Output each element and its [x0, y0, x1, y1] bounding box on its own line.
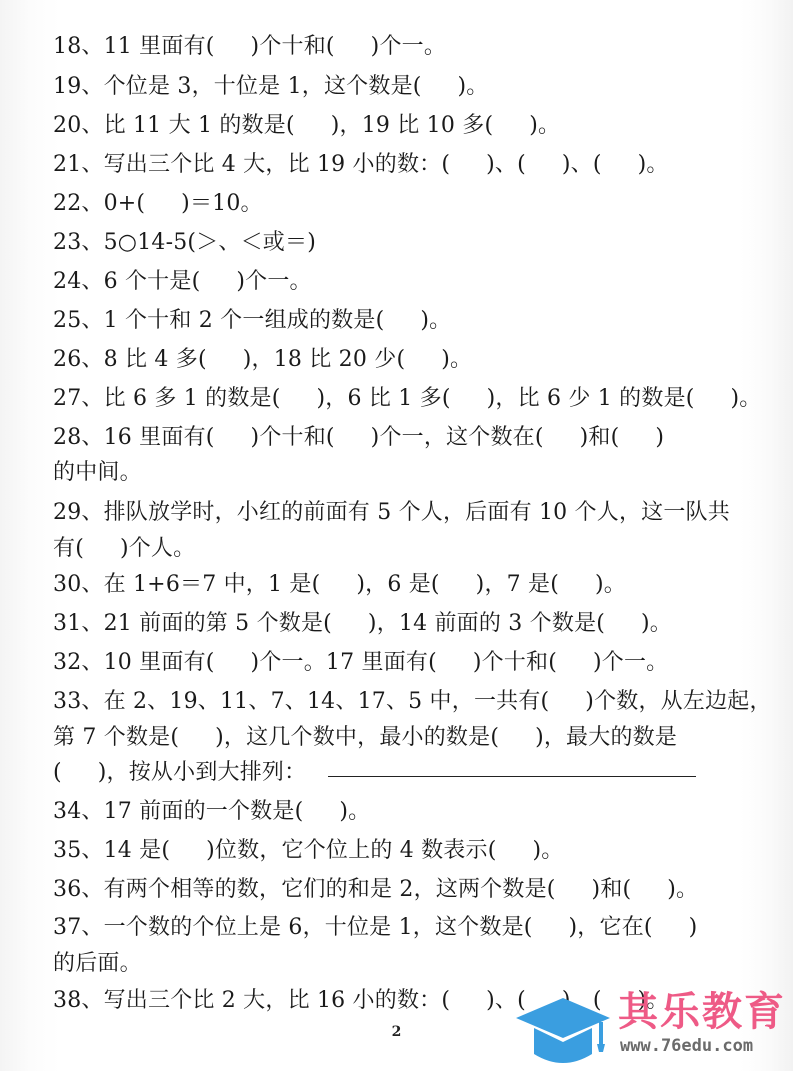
question-18: 18、11 里面有( )个十和( )个一。 [53, 32, 753, 62]
answer-blank-line [328, 776, 696, 777]
watermark-title: 其乐教育 [618, 988, 786, 1036]
question-29-cont: 有( )个人。 [53, 534, 753, 564]
question-25: 25、1 个十和 2 个一组成的数是( )。 [53, 306, 753, 336]
question-33-cont-2: ( )，按从小到大排列： [53, 758, 753, 788]
question-23: 23、5○14-5(＞、＜或＝) [53, 228, 753, 258]
question-32: 32、10 里面有( )个一。17 里面有( )个十和( )个一。 [53, 648, 753, 678]
question-19: 19、个位是 3，十位是 1，这个数是( )。 [53, 72, 753, 102]
watermark-logo: 其乐教育 www.76edu.com [508, 988, 793, 1068]
question-37: 37、一个数的个位上是 6，十位是 1，这个数是( )，它在( ) [53, 913, 753, 943]
question-31: 31、21 前面的第 5 个数是( )，14 前面的 3 个数是( )。 [53, 609, 753, 639]
question-37-cont: 的后面。 [53, 949, 753, 979]
question-27: 27、比 6 多 1 的数是( )，6 比 1 多( )，比 6 少 1 的数是… [53, 384, 753, 414]
question-29: 29、排队放学时，小红的前面有 5 个人，后面有 10 个人，这一队共 [53, 498, 753, 528]
question-34: 34、17 前面的一个数是( )。 [53, 797, 753, 827]
question-20: 20、比 11 大 1 的数是( )，19 比 10 多( )。 [53, 111, 753, 141]
question-21: 21、写出三个比 4 大，比 19 小的数：( )、( )、( )。 [53, 150, 753, 180]
question-33-cont-1: 第 7 个数是( )，这几个数中，最小的数是( )，最大的数是 [53, 723, 753, 753]
graduation-cap-icon [508, 988, 618, 1068]
question-36: 36、有两个相等的数，它们的和是 2，这两个数是( )和( )。 [53, 875, 753, 905]
worksheet-page: 18、11 里面有( )个十和( )个一。 19、个位是 3，十位是 1，这个数… [0, 0, 793, 1071]
question-24: 24、6 个十是( )个一。 [53, 267, 753, 297]
question-35: 35、14 是( )位数，它个位上的 4 数表示( )。 [53, 836, 753, 866]
question-28: 28、16 里面有( )个十和( )个一，这个数在( )和( ) [53, 423, 753, 453]
question-33: 33、在 2、19、11、7、14、17、5 中，一共有( )个数，从左边起， [53, 687, 753, 717]
watermark-url: www.76edu.com [620, 1036, 753, 1056]
question-28-cont: 的中间。 [53, 458, 753, 488]
question-26: 26、8 比 4 多( )，18 比 20 少( )。 [53, 345, 753, 375]
question-30: 30、在 1+6＝7 中，1 是( )，6 是( )，7 是( )。 [53, 570, 753, 600]
question-22: 22、0+( )＝10。 [53, 189, 753, 219]
